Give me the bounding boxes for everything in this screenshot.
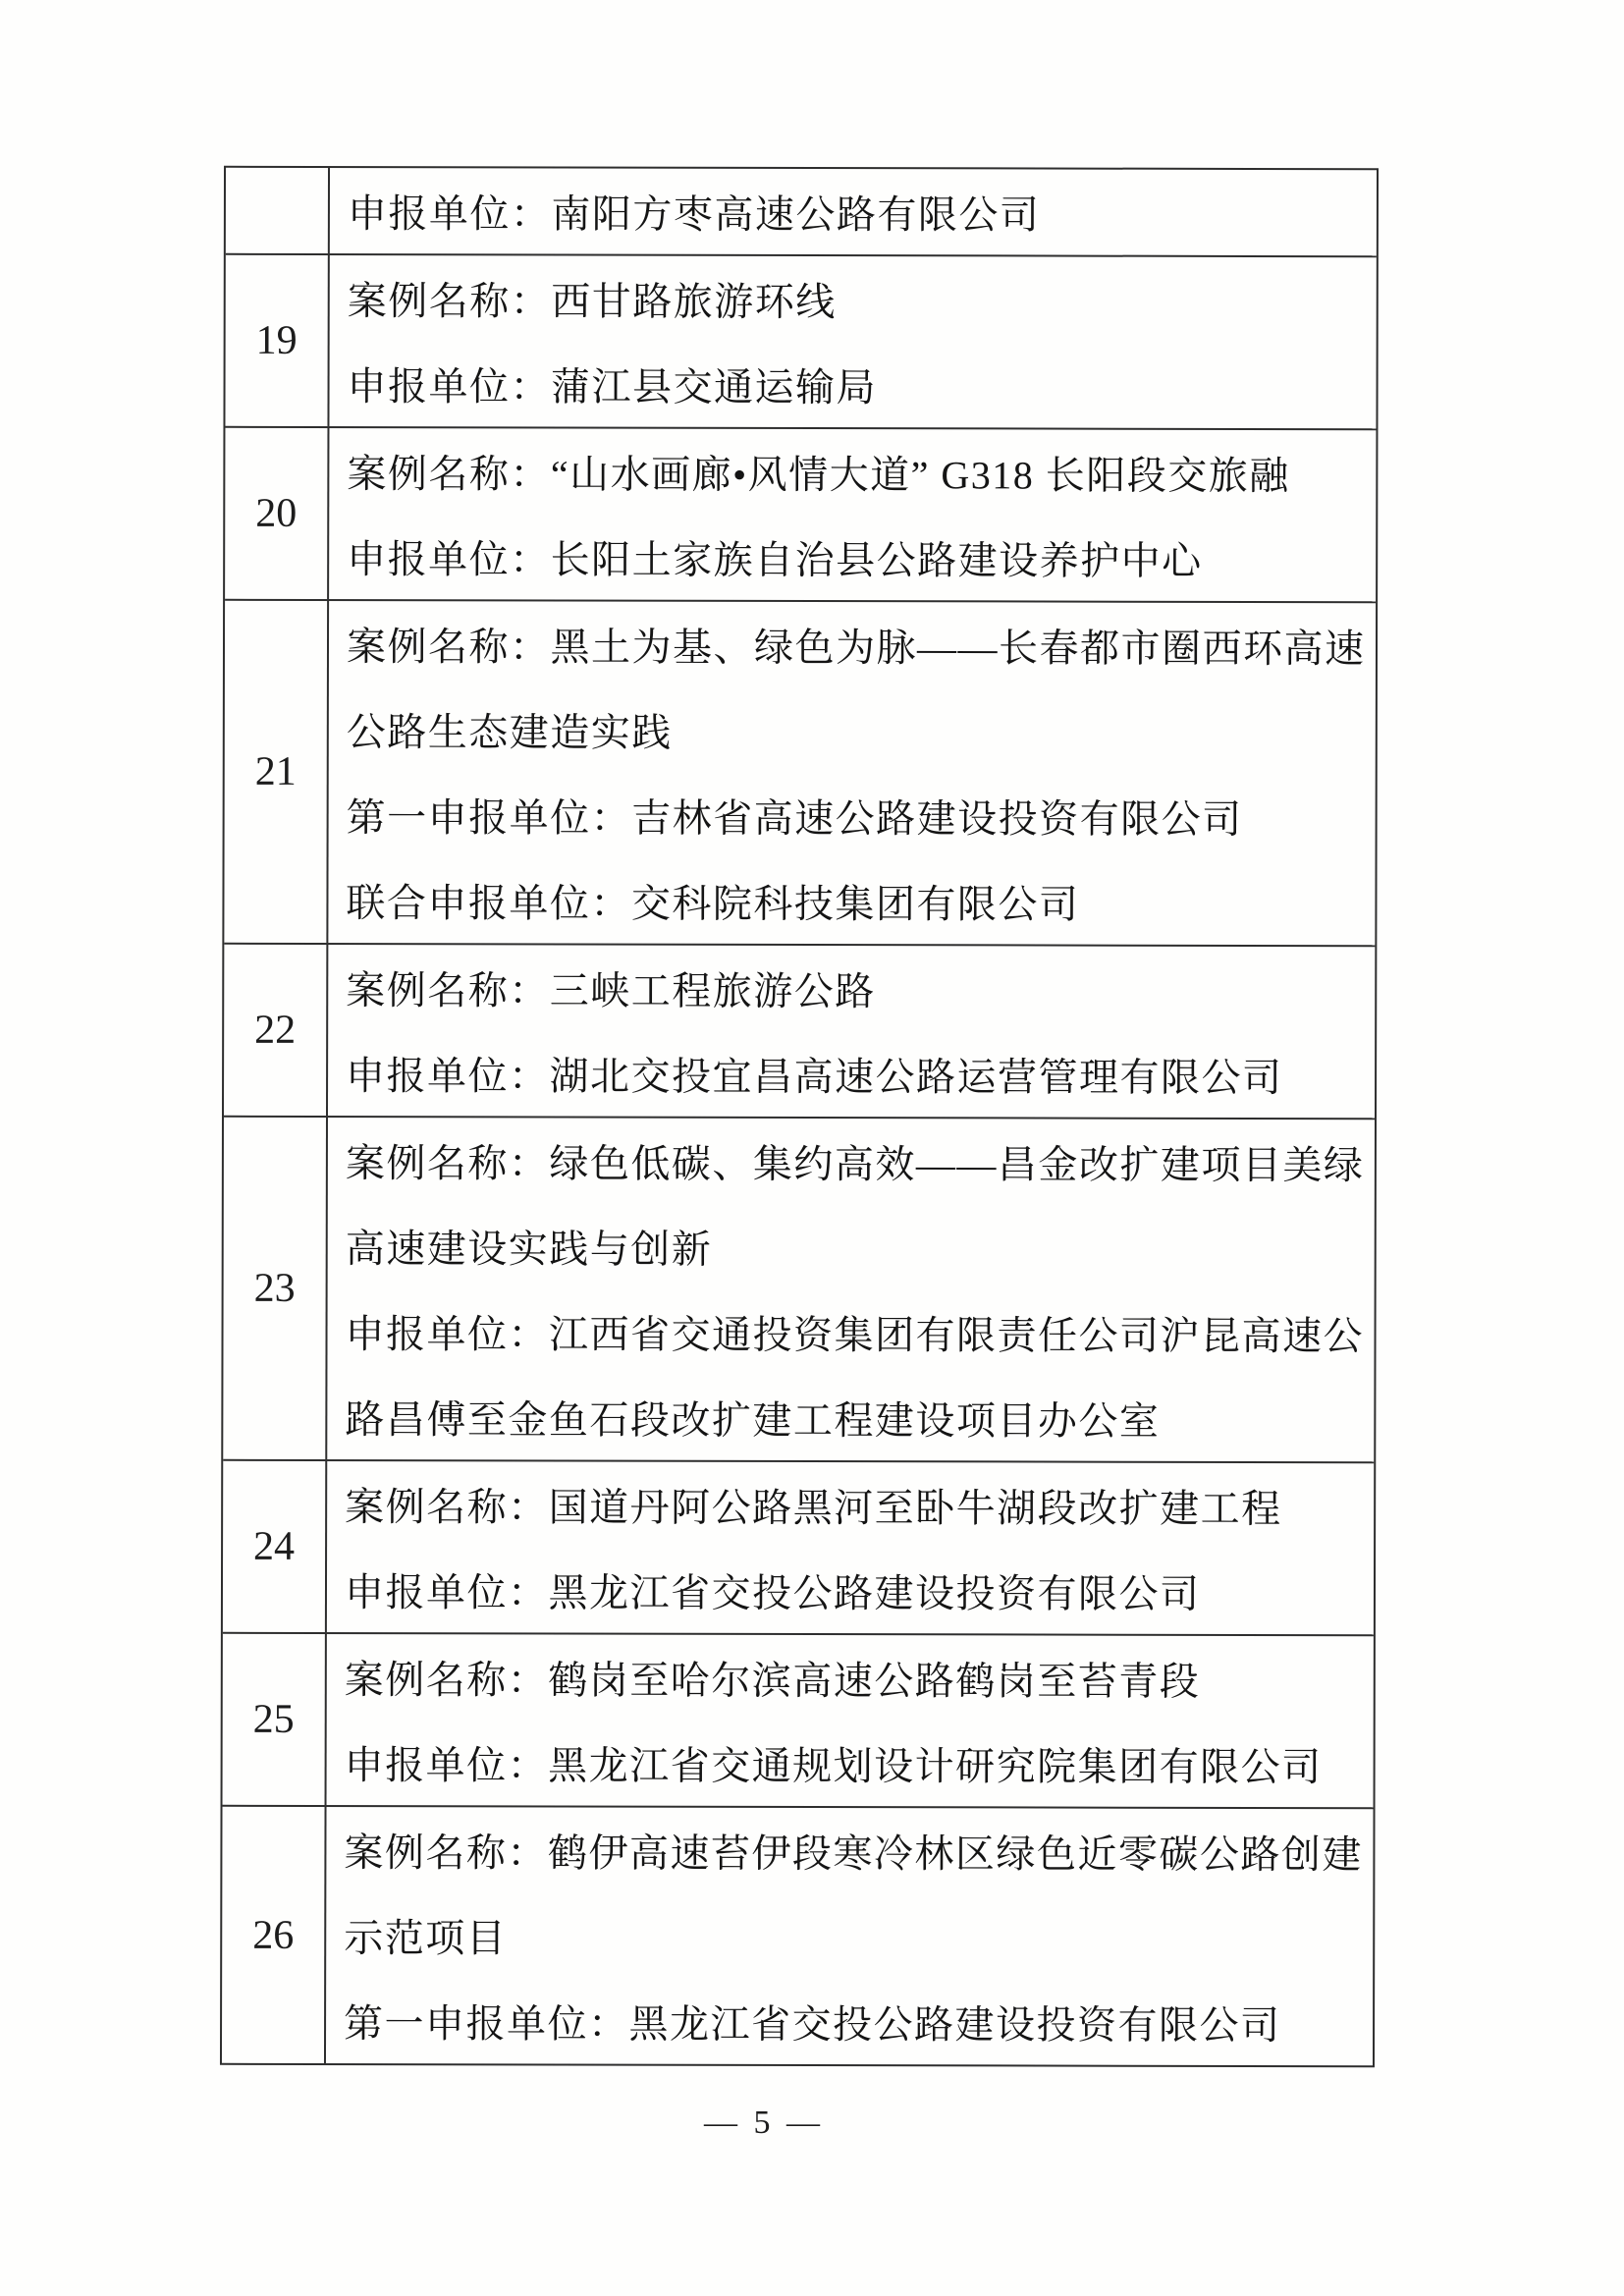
- text-line: 示范项目: [344, 1892, 1367, 1980]
- table-row: 25 案例名称：鹤岗至哈尔滨高速公路鹤岗至苔青段申报单位：黑龙江省交通规划设计研…: [223, 1634, 1374, 1809]
- row-content: 案例名称：绿色低碳、集约高效——昌金改扩建项目美绿高速建设实践与创新申报单位：江…: [327, 1118, 1375, 1461]
- text-line: 公路生态建造实践: [347, 686, 1370, 774]
- text-line: 案例名称：鹤岗至哈尔滨高速公路鹤岗至苔青段: [345, 1634, 1368, 1722]
- row-number: 20: [225, 428, 329, 599]
- row-content: 申报单位：南阳方枣高速公路有限公司: [330, 168, 1377, 255]
- row-content: 案例名称：国道丹阿公路黑河至卧牛湖段改扩建工程申报单位：黑龙江省交投公路建设投资…: [327, 1461, 1374, 1634]
- row-number: 25: [223, 1634, 327, 1805]
- table-row: 20 案例名称：“山水画廊•风情大道” G318 长阳段交旅融申报单位：长阳土家…: [225, 428, 1376, 603]
- text-line: 申报单位：长阳土家族自治县公路建设养护中心: [347, 514, 1370, 601]
- table-row: 22 案例名称：三峡工程旅游公路申报单位：湖北交投宜昌高速公路运营管理有限公司: [224, 945, 1375, 1120]
- text-line: 案例名称：绿色低碳、集约高效——昌金改扩建项目美绿: [346, 1118, 1369, 1205]
- table-row: 23 案例名称：绿色低碳、集约高效——昌金改扩建项目美绿高速建设实践与创新申报单…: [223, 1118, 1375, 1463]
- text-line: 第一申报单位：黑龙江省交投公路建设投资有限公司: [344, 1978, 1367, 2065]
- row-content: 案例名称：鹤岗至哈尔滨高速公路鹤岗至苔青段申报单位：黑龙江省交通规划设计研究院集…: [327, 1634, 1374, 1807]
- row-number: 23: [223, 1118, 328, 1459]
- text-line: 案例名称：西甘路旅游环线: [348, 255, 1371, 343]
- row-number: 24: [223, 1461, 327, 1632]
- table-row: 24 案例名称：国道丹阿公路黑河至卧牛湖段改扩建工程申报单位：黑龙江省交投公路建…: [223, 1461, 1374, 1636]
- awards-table: 申报单位：南阳方枣高速公路有限公司 19 案例名称：西甘路旅游环线申报单位：蒲江…: [220, 166, 1379, 2067]
- row-number: 26: [222, 1807, 327, 2063]
- text-line: 案例名称：鹤伊高速苔伊段寒冷林区绿色近零碳公路创建: [344, 1807, 1367, 1894]
- row-number: 19: [225, 255, 329, 426]
- row-content: 案例名称：黑土为基、绿色为脉——长春都市圈西环高速公路生态建造实践第一申报单位：…: [328, 601, 1376, 945]
- text-line: 高速建设实践与创新: [346, 1203, 1369, 1290]
- text-line: 案例名称：三峡工程旅游公路: [346, 945, 1369, 1032]
- row-number: 21: [224, 601, 329, 943]
- text-line: 申报单位：黑龙江省交投公路建设投资有限公司: [345, 1547, 1368, 1634]
- text-line: 申报单位：湖北交投宜昌高速公路运营管理有限公司: [346, 1030, 1369, 1118]
- table-row: 26 案例名称：鹤伊高速苔伊段寒冷林区绿色近零碳公路创建示范项目第一申报单位：黑…: [222, 1807, 1374, 2065]
- row-content: 案例名称：“山水画廊•风情大道” G318 长阳段交旅融申报单位：长阳土家族自治…: [329, 428, 1376, 601]
- text-line: 申报单位：黑龙江省交通规划设计研究院集团有限公司: [345, 1720, 1368, 1807]
- text-line: 联合申报单位：交科院科技集团有限公司: [346, 857, 1369, 945]
- text-line: 申报单位：南阳方枣高速公路有限公司: [348, 168, 1371, 255]
- row-content: 案例名称：三峡工程旅游公路申报单位：湖北交投宜昌高速公路运营管理有限公司: [328, 945, 1375, 1118]
- row-content: 案例名称：鹤伊高速苔伊段寒冷林区绿色近零碳公路创建示范项目第一申报单位：黑龙江省…: [326, 1807, 1374, 2065]
- text-line: 第一申报单位：吉林省高速公路建设投资有限公司: [347, 772, 1370, 859]
- table-row: 21 案例名称：黑土为基、绿色为脉——长春都市圈西环高速公路生态建造实践第一申报…: [224, 601, 1376, 947]
- table-row: 19 案例名称：西甘路旅游环线申报单位：蒲江县交通运输局: [225, 255, 1376, 430]
- row-number: [226, 168, 330, 253]
- text-line: 案例名称：黑土为基、绿色为脉——长春都市圈西环高速: [347, 601, 1370, 688]
- table-row: 申报单位：南阳方枣高速公路有限公司: [226, 168, 1377, 257]
- text-line: 路昌傅至金鱼石段改扩建工程建设项目办公室: [345, 1374, 1368, 1461]
- text-line: 申报单位：蒲江县交通运输局: [347, 341, 1370, 428]
- text-line: 案例名称：国道丹阿公路黑河至卧牛湖段改扩建工程: [345, 1461, 1368, 1549]
- row-content: 案例名称：西甘路旅游环线申报单位：蒲江县交通运输局: [329, 255, 1376, 428]
- text-line: 申报单位：江西省交通投资集团有限责任公司沪昆高速公: [345, 1288, 1368, 1376]
- row-number: 22: [224, 945, 328, 1116]
- page-number: — 5 —: [0, 2105, 1528, 2142]
- text-line: 案例名称：“山水画廊•风情大道” G318 长阳段交旅融: [347, 428, 1370, 516]
